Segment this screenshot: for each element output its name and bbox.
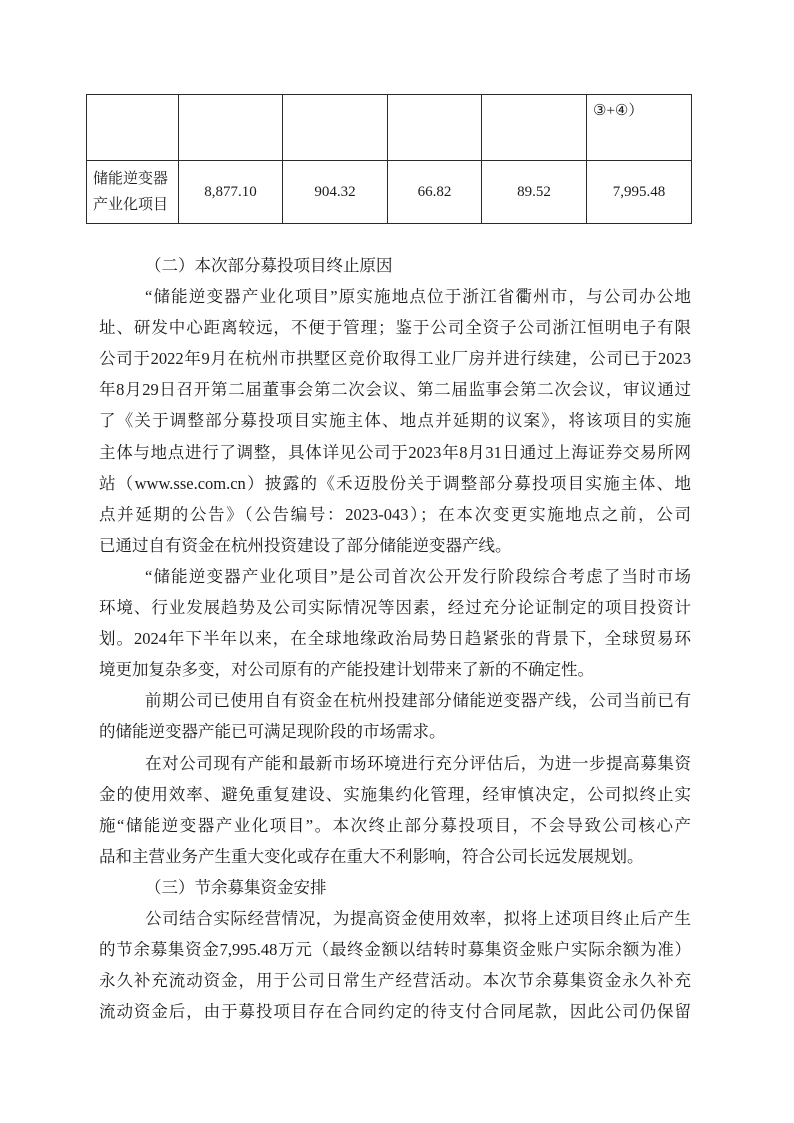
text-line: 前期公司已使用自有资金在杭州投建部分储能逆变器产线，公司当前已有 xyxy=(99,685,691,716)
paragraph: “储能逆变器产业化项目”是公司首次公开发行阶段综合考虑了当时市场 环境、行业发展… xyxy=(99,561,691,685)
text-line: 已通过自有资金在杭州投资建设了部分储能逆变器产线。 xyxy=(99,530,691,561)
text-line: 年8月29日召开第二届董事会第二次会议、第二届监事会第二次会议，审议通过 xyxy=(99,374,691,405)
header-cell-empty xyxy=(388,95,482,161)
text-line: 的储能逆变器产能已可满足现阶段的市场需求。 xyxy=(99,716,691,747)
text-line: 公司于2022年9月在杭州市拱墅区竞价取得工业厂房并进行续建，公司已于2023 xyxy=(99,343,691,374)
cell-value-interest: 66.82 xyxy=(388,161,482,224)
text-line: 品和主营业务产生重大变化或存在重大不利影响，符合公司长远发展规划。 xyxy=(99,841,691,872)
header-cell-empty xyxy=(87,95,179,161)
header-cell-empty xyxy=(179,95,283,161)
text-line: 环境、行业发展趋势及公司实际情况等因素，经过充分论证制定的项目投资计 xyxy=(99,592,691,623)
section-heading: （二）本次部分募投项目终止原因 xyxy=(99,250,691,281)
header-cell-empty xyxy=(482,95,587,161)
paragraph: 前期公司已使用自有资金在杭州投建部分储能逆变器产线，公司当前已有 的储能逆变器产… xyxy=(99,685,691,747)
cell-value-invested: 904.32 xyxy=(283,161,388,224)
text-line: 的节余募集资金7,995.48万元（最终金额以结转时募集资金账户实际余额为准） xyxy=(99,934,691,965)
text-line: 永久补充流动资金，用于公司日常生产经营活动。本次节余募集资金永久补充 xyxy=(99,965,691,996)
cell-value-surplus: 7,995.48 xyxy=(587,161,692,224)
cell-project-name: 储能逆变器产业化项目 xyxy=(87,161,179,224)
text-line: 了《关于调整部分募投项目实施主体、地点并延期的议案》，将该项目的实施 xyxy=(99,405,691,436)
text-line: 点并延期的公告》（公告编号：2023-043）；在本次变更实施地点之前，公司 xyxy=(99,499,691,530)
header-cell-empty xyxy=(283,95,388,161)
table-header-row: ③+④） xyxy=(87,95,692,161)
text-line: 公司结合实际经营情况，为提高资金使用效率，拟将上述项目终止后产生 xyxy=(99,903,691,934)
text-line: 在对公司现有产能和最新市场环境进行充分评估后，为进一步提高募集资 xyxy=(99,748,691,779)
document-body: （二）本次部分募投项目终止原因 “储能逆变器产业化项目”原实施地点位于浙江省衢州… xyxy=(99,250,691,1027)
paragraph: 公司结合实际经营情况，为提高资金使用效率，拟将上述项目终止后产生 的节余募集资金… xyxy=(99,903,691,1027)
document-page: ③+④） 储能逆变器产业化项目 8,877.10 904.32 66.82 89… xyxy=(0,0,794,1123)
text-line: 站（www.sse.com.cn）披露的《禾迈股份关于调整部分募投项目实施主体、… xyxy=(99,468,691,499)
paragraph: 在对公司现有产能和最新市场环境进行充分评估后，为进一步提高募集资 金的使用效率、… xyxy=(99,748,691,872)
table-row: 储能逆变器产业化项目 8,877.10 904.32 66.82 89.52 7… xyxy=(87,161,692,224)
section-heading: （三）节余募集资金安排 xyxy=(99,872,691,903)
text-line: 址、研发中心距离较远，不便于管理；鉴于公司全资子公司浙江恒明电子有限 xyxy=(99,312,691,343)
text-line: “储能逆变器产业化项目”原实施地点位于浙江省衢州市，与公司办公地 xyxy=(99,281,691,312)
cell-value-other: 89.52 xyxy=(482,161,587,224)
text-line: 主体与地点进行了调整，具体详见公司于2023年8月31日通过上海证券交易所网 xyxy=(99,437,691,468)
text-line: 金的使用效率、避免重复建设、实施集约化管理，经审慎决定，公司拟终止实 xyxy=(99,779,691,810)
cell-value-total: 8,877.10 xyxy=(179,161,283,224)
fundraising-project-table: ③+④） 储能逆变器产业化项目 8,877.10 904.32 66.82 89… xyxy=(86,94,692,224)
text-line: 境更加复杂多变，对公司原有的产能投建计划带来了新的不确定性。 xyxy=(99,654,691,685)
text-line: 划。2024年下半年以来，在全球地缘政治局势日趋紧张的背景下，全球贸易环 xyxy=(99,623,691,654)
paragraph: “储能逆变器产业化项目”原实施地点位于浙江省衢州市，与公司办公地 址、研发中心距… xyxy=(99,281,691,561)
text-line: 流动资金后，由于募投项目存在合同约定的待支付合同尾款，因此公司仍保留 xyxy=(99,996,691,1027)
header-cell-formula-tail: ③+④） xyxy=(587,95,692,161)
text-line: 施“储能逆变器产业化项目”。本次终止部分募投项目，不会导致公司核心产 xyxy=(99,810,691,841)
text-line: “储能逆变器产业化项目”是公司首次公开发行阶段综合考虑了当时市场 xyxy=(99,561,691,592)
